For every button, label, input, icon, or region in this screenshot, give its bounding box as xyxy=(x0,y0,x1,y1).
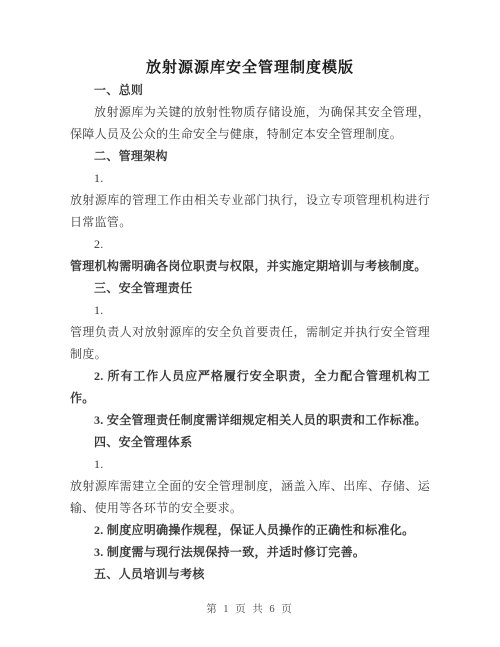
body-paragraph-bold: 管理机构需明确各岗位职责与权限，并实施定期培训与考核制度。 xyxy=(70,255,430,277)
page-number-label: 第 1 页 共 6 页 xyxy=(206,604,294,615)
section-heading-3: 三、安全管理责任 xyxy=(70,277,430,299)
body-paragraph: 放射源库需建立全面的安全管理制度，涵盖入库、出库、存储、运输、使用等各环节的安全… xyxy=(70,475,430,519)
list-number: 1. xyxy=(70,299,430,321)
list-number: 1. xyxy=(70,167,430,189)
body-paragraph: 放射源库的管理工作由相关专业部门执行，设立专项管理机构进行日常监管。 xyxy=(70,189,430,233)
list-item-bold: 2. 制度应明确操作规程，保证人员操作的正确性和标准化。 xyxy=(70,519,430,541)
body-paragraph: 放射源库为关键的放射性物质存储设施，为确保其安全管理，保障人员及公众的生命安全与… xyxy=(70,101,430,145)
page-footer: 第 1 页 共 6 页 xyxy=(0,599,500,621)
document-title: 放射源源库安全管理制度模版 xyxy=(70,57,430,79)
section-heading-1: 一、总则 xyxy=(70,79,430,101)
body-paragraph: 管理负责人对放射源库的安全负首要责任，需制定并执行安全管理制度。 xyxy=(70,321,430,365)
list-item-bold: 3. 安全管理责任制度需详细规定相关人员的职责和工作标准。 xyxy=(70,409,430,431)
section-heading-4: 四、安全管理体系 xyxy=(70,431,430,453)
section-heading-2: 二、管理架构 xyxy=(70,145,430,167)
list-number: 1. xyxy=(70,453,430,475)
list-item-bold: 2. 所有工作人员应严格履行安全职责，全力配合管理机构工作。 xyxy=(70,365,430,409)
list-number: 2. xyxy=(70,233,430,255)
section-heading-5: 五、人员培训与考核 xyxy=(70,563,430,585)
list-item-bold: 3. 制度需与现行法规保持一致，并适时修订完善。 xyxy=(70,541,430,563)
document-content: 放射源源库安全管理制度模版 一、总则 放射源库为关键的放射性物质存储设施，为确保… xyxy=(70,57,430,585)
document-page: 放射源源库安全管理制度模版 一、总则 放射源库为关键的放射性物质存储设施，为确保… xyxy=(0,0,500,647)
